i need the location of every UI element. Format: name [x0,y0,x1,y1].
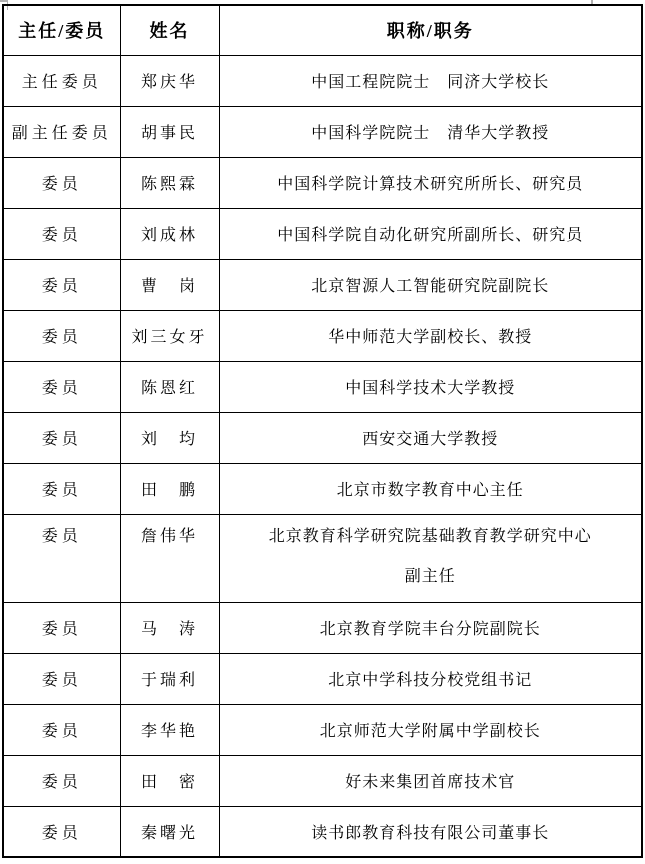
table-row: 委员 田 密 好未来集团首席技术官 [3,755,642,806]
table-header: 主任/委员 姓名 职称/职务 [3,5,642,55]
cell-role: 主任委员 [3,55,120,106]
cell-role: 委员 [3,208,120,259]
table-row: 委员 刘 均 西安交通大学教授 [3,412,642,463]
committee-table: 主任/委员 姓名 职称/职务 主任委员 郑庆华 中国工程院院士 同济大学校长 副… [2,4,643,858]
cell-title: 中国科学院计算技术研究所所长、研究员 [219,157,642,208]
table-row: 委员 詹伟华 北京教育科学研究院基础教育教学研究中心 副主任 [3,514,642,602]
header-row: 主任/委员 姓名 职称/职务 [3,5,642,55]
cell-role: 委员 [3,602,120,653]
cell-title: 中国科学院院士 清华大学教授 [219,106,642,157]
cell-title: 北京教育科学研究院基础教育教学研究中心 副主任 [219,514,642,602]
cell-role: 委员 [3,259,120,310]
cell-title: 北京智源人工智能研究院副院长 [219,259,642,310]
cell-role: 委员 [3,704,120,755]
cell-role: 委员 [3,310,120,361]
document-page: 主任/委员 姓名 职称/职务 主任委员 郑庆华 中国工程院院士 同济大学校长 副… [0,0,645,864]
cell-name: 田 鹏 [120,463,219,514]
cell-role: 委员 [3,806,120,857]
cell-name: 陈恩红 [120,361,219,412]
cell-title: 读书郎教育科技有限公司董事长 [219,806,642,857]
cell-name: 马 涛 [120,602,219,653]
cell-role: 委员 [3,412,120,463]
table-row: 副主任委员 胡事民 中国科学院院士 清华大学教授 [3,106,642,157]
cell-name: 刘 均 [120,412,219,463]
cell-title: 北京中学科技分校党组书记 [219,653,642,704]
table-row: 委员 刘三女牙 华中师范大学副校长、教授 [3,310,642,361]
cell-name: 刘三女牙 [120,310,219,361]
cell-name: 于瑞利 [120,653,219,704]
cell-role: 副主任委员 [3,106,120,157]
cell-name: 陈熙霖 [120,157,219,208]
cell-name: 詹伟华 [120,514,219,602]
cell-name: 曹 岗 [120,259,219,310]
cell-name: 田 密 [120,755,219,806]
column-header-role: 主任/委员 [3,5,120,55]
column-header-title: 职称/职务 [219,5,642,55]
cell-name: 秦曙光 [120,806,219,857]
column-header-name: 姓名 [120,5,219,55]
cell-title: 中国科学技术大学教授 [219,361,642,412]
cell-role: 委员 [3,653,120,704]
table-row: 委员 于瑞利 北京中学科技分校党组书记 [3,653,642,704]
cell-title: 华中师范大学副校长、教授 [219,310,642,361]
cell-title: 中国科学院自动化研究所副所长、研究员 [219,208,642,259]
table-row: 委员 马 涛 北京教育学院丰台分院副院长 [3,602,642,653]
table-row: 委员 刘成林 中国科学院自动化研究所副所长、研究员 [3,208,642,259]
table-row: 委员 田 鹏 北京市数字教育中心主任 [3,463,642,514]
cell-title: 中国工程院院士 同济大学校长 [219,55,642,106]
cell-role: 委员 [3,514,120,602]
cell-title: 西安交通大学教授 [219,412,642,463]
table-row: 委员 曹 岗 北京智源人工智能研究院副院长 [3,259,642,310]
cell-role: 委员 [3,463,120,514]
cell-role: 委员 [3,361,120,412]
table-row: 委员 李华艳 北京师范大学附属中学副校长 [3,704,642,755]
cell-name: 李华艳 [120,704,219,755]
cell-name: 郑庆华 [120,55,219,106]
table-row: 委员 秦曙光 读书郎教育科技有限公司董事长 [3,806,642,857]
cell-title: 北京市数字教育中心主任 [219,463,642,514]
cell-role: 委员 [3,157,120,208]
cell-title: 好未来集团首席技术官 [219,755,642,806]
cell-title: 北京师范大学附属中学副校长 [219,704,642,755]
table-row: 主任委员 郑庆华 中国工程院院士 同济大学校长 [3,55,642,106]
cell-name: 胡事民 [120,106,219,157]
cell-name: 刘成林 [120,208,219,259]
table-row: 委员 陈恩红 中国科学技术大学教授 [3,361,642,412]
table-row: 委员 陈熙霖 中国科学院计算技术研究所所长、研究员 [3,157,642,208]
cell-role: 委员 [3,755,120,806]
cell-title: 北京教育学院丰台分院副院长 [219,602,642,653]
table-body: 主任委员 郑庆华 中国工程院院士 同济大学校长 副主任委员 胡事民 中国科学院院… [3,55,642,857]
